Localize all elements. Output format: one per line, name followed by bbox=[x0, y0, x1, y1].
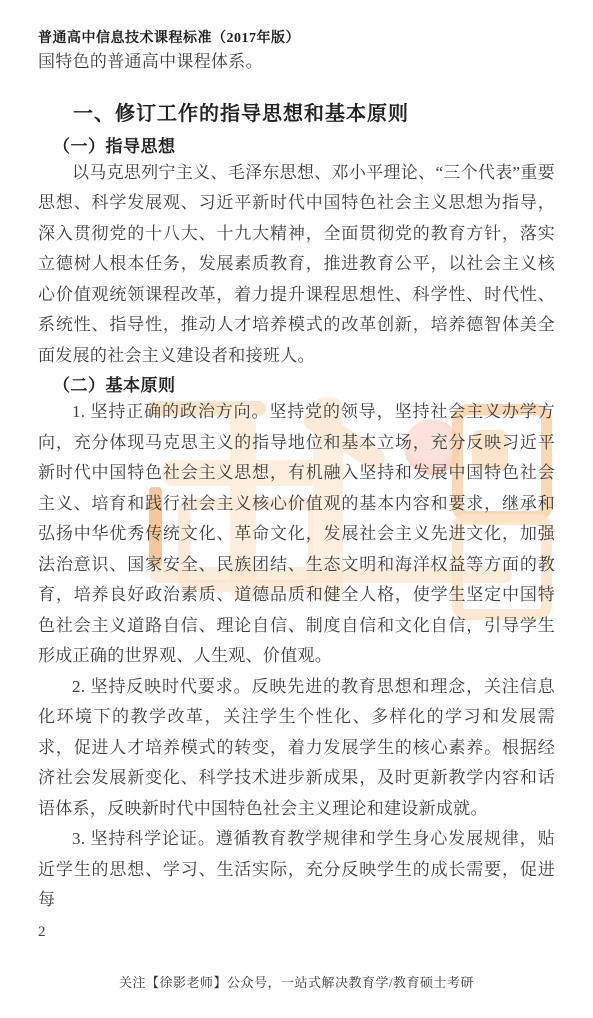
document-page: 普通高中信息技术课程标准（2017年版） 国特色的普通高中课程体系。 一、修订工… bbox=[0, 0, 593, 1018]
subsection-title-2: （二）基本原则 bbox=[38, 375, 555, 397]
footer-note: 关注【徐影老师】公众号，一站式解决教育学/教育硕士考研 bbox=[0, 972, 593, 991]
page-number: 2 bbox=[38, 924, 46, 941]
principle-item-1: 1. 坚持正确的政治方向。坚持党的领导，坚持社会主义办学方向，充分体现马克思主义… bbox=[38, 397, 555, 672]
section-title: 一、修订工作的指导思想和基本原则 bbox=[38, 102, 555, 126]
principle-item-2: 2. 坚持反映时代要求。反映先进的教育思想和理念，关注信息化环境下的教学改革，关… bbox=[38, 672, 555, 825]
running-header: 普通高中信息技术课程标准（2017年版） bbox=[38, 0, 555, 47]
subsection-title-1: （一）指导思想 bbox=[38, 136, 555, 158]
principle-item-3: 3. 坚持科学论证。遵循教育教学规律和学生身心发展规律，贴近学生的思想、学习、生… bbox=[38, 824, 555, 916]
continuation-paragraph: 国特色的普通高中课程体系。 bbox=[38, 47, 555, 78]
guiding-ideology-paragraph: 以马克思列宁主义、毛泽东思想、邓小平理论、“三个代表”重要思想、科学发展观、习近… bbox=[38, 158, 555, 372]
page-content: 普通高中信息技术课程标准（2017年版） 国特色的普通高中课程体系。 一、修订工… bbox=[0, 0, 593, 916]
